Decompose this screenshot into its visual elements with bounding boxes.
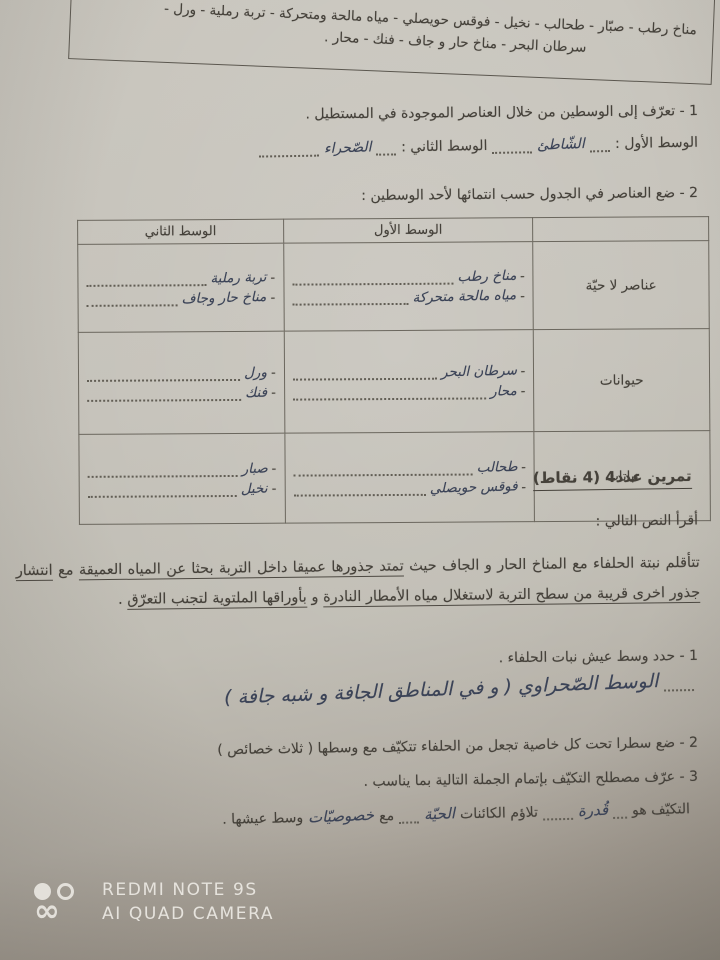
passage-segment: تتأقلم نبتة الحلفاء مع المناخ الحار و ال… [404,555,700,575]
passage-underlined-characteristic: تمتد جذورها عميقا داخل التربة بحثا عن ال… [79,558,404,580]
bullet-dash: - [272,461,277,476]
definition-fill1: قُدرة [578,801,609,820]
dotted-line [293,463,472,476]
xiaomi-camera-logo-icon: ∞ [34,883,86,921]
bullet-dash: - [521,364,526,379]
bullet-dash: - [521,480,526,495]
medium2-label: الوسط الثاني : [401,138,487,155]
definition-fill3: خصوصيّات [308,806,375,827]
bullet-dash: - [520,269,525,284]
passage-underlined-characteristic: بأوراقها الملتوية لتجنب التعرّق [127,590,307,610]
adaptation-definition-line: التكيّف هو قُدرة تلاؤم الكائنات الحيّة م… [90,799,690,831]
dotted-line [292,292,408,305]
row-label-animals: حيوانات [534,329,710,432]
dotted-line [293,367,437,380]
reading-passage: تتأقلم نبتة الحلفاء مع المناخ الحار و ال… [16,548,701,616]
definition-part2: تلاؤم الكائنات [460,805,538,823]
medium2-handwritten-answer: الصّحراء [323,139,371,157]
passage-segment: و [307,589,323,605]
bullet-dash: - [521,384,526,399]
bullet-dash: - [270,270,275,285]
dotted-line [492,141,532,154]
watermark-device-name: REDMI NOTE 9S [102,878,274,902]
handwritten-entry: مناخ حار وجاف [182,288,267,306]
dotted-line [87,388,241,401]
dotted-line [293,387,486,400]
dotted-line [87,294,178,307]
passage-segment: . [118,592,127,608]
medium1-label: الوسط الأول : [615,135,698,152]
definition-fill2: الحيّة [424,804,456,823]
dotted-line [376,143,396,155]
photo-of-worksheet: { "colors": { "paper": "#c6c3bb", "print… [0,0,720,960]
dotted-line [293,483,425,496]
watermark-camera-label: AI QUAD CAMERA [102,902,274,926]
logo-infinity-icon: ∞ [34,901,86,921]
dotted-line [590,140,610,152]
bullet-dash: - [271,385,276,400]
header-medium2: الوسط الثاني [78,219,284,244]
dotted-line [88,464,238,477]
mediums-answer-line: الوسط الأول : الشّاطئ الوسط الثاني : الص… [20,135,698,162]
medium1-handwritten-answer: الشّاطئ [537,136,585,154]
question-underline-characteristics: 2 - ضع سطرا تحت كل خاصية تجعل من الحلفاء… [20,735,698,762]
bullet-dash: - [271,290,276,305]
row-label-nonliving: عناصر لا حيّة [533,241,709,330]
definition-part3: مع [379,808,394,824]
handwritten-entry: نخيل [241,480,268,497]
bullet-dash: - [520,289,525,304]
dotted-line [87,368,240,381]
handwritten-entry: ورل [244,364,267,381]
dotted-line [543,808,573,821]
dotted-line [88,484,237,497]
question-habitat: 1 - حدد وسط عيش نبات الحلفاء . [20,648,698,672]
bullet-dash: - [272,481,277,496]
habitat-handwritten-answer: الوسط الصّحراوي ( و في المناطق الجافة و … [224,670,659,709]
handwritten-entry: تربة رملية [210,269,266,287]
cell-animals-medium1: -سرطان البحر -محار [284,330,534,434]
handwritten-entry: سرطان البحر [441,362,517,380]
habitat-handwritten-answer-line: الوسط الصّحراوي ( و في المناطق الجافة و … [10,674,694,708]
handwritten-entry: مناخ رطب [457,267,516,285]
bullet-dash: - [271,365,276,380]
handwritten-entry: صبار [241,460,268,477]
exercise4-title: تمرين عدد4 (4 نقاط) [533,467,692,491]
dotted-line [399,811,419,823]
dotted-line [292,272,453,285]
word-bank-box: مناخ رطب - صبّار - طحالب - نخيل - فوقس ح… [68,0,716,85]
header-medium1: الوسط الأول [283,218,533,244]
bullet-dash: - [521,460,526,475]
cell-animals-medium2: -ورل -فنك [78,331,284,434]
definition-part1: التكيّف هو [632,801,690,818]
cell-nonliving-medium1: -مناخ رطب -مياه مالحة متحركة [283,242,533,332]
table-row-animals: حيوانات -سرطان البحر -محار -ورل -فنك [78,329,710,435]
question-identify-mediums: 1 - تعرّف إلى الوسطين من خلال العناصر ال… [20,103,698,125]
worksheet-paper: مناخ رطب - صبّار - طحالب - نخيل - فوقس ح… [0,0,720,960]
handwritten-entry: فوقس حويصلي [429,478,517,496]
dotted-line [613,807,627,819]
dotted-line [259,145,319,158]
cell-plants-medium2: -صبار -نخيل [79,433,285,524]
table-row-nonliving: عناصر لا حيّة -مناخ رطب -مياه مالحة متحر… [78,241,710,333]
question-fill-table: 2 - ضع العناصر في الجدول حسب انتمائها لأ… [20,185,698,207]
dotted-line [664,679,694,692]
handwritten-entry: طحالب [476,458,517,475]
header-empty-cell [533,217,709,242]
handwritten-entry: محار [490,382,517,399]
cell-plants-medium1: -طحالب -فوقس حويصلي [285,432,535,524]
handwritten-entry: فنك [245,384,267,401]
dotted-line [86,274,206,287]
camera-watermark: ∞ REDMI NOTE 9S AI QUAD CAMERA [34,878,274,926]
passage-segment: مع [53,562,79,578]
handwritten-entry: مياه مالحة متحركة [412,287,516,306]
definition-part4: وسط عيشها . [222,810,303,828]
cell-nonliving-medium2: -تربة رملية -مناخ حار وجاف [78,243,284,332]
question-define-adaptation: 3 - عرّف مصطلح التكيّف بإتمام الجملة الت… [20,769,698,796]
